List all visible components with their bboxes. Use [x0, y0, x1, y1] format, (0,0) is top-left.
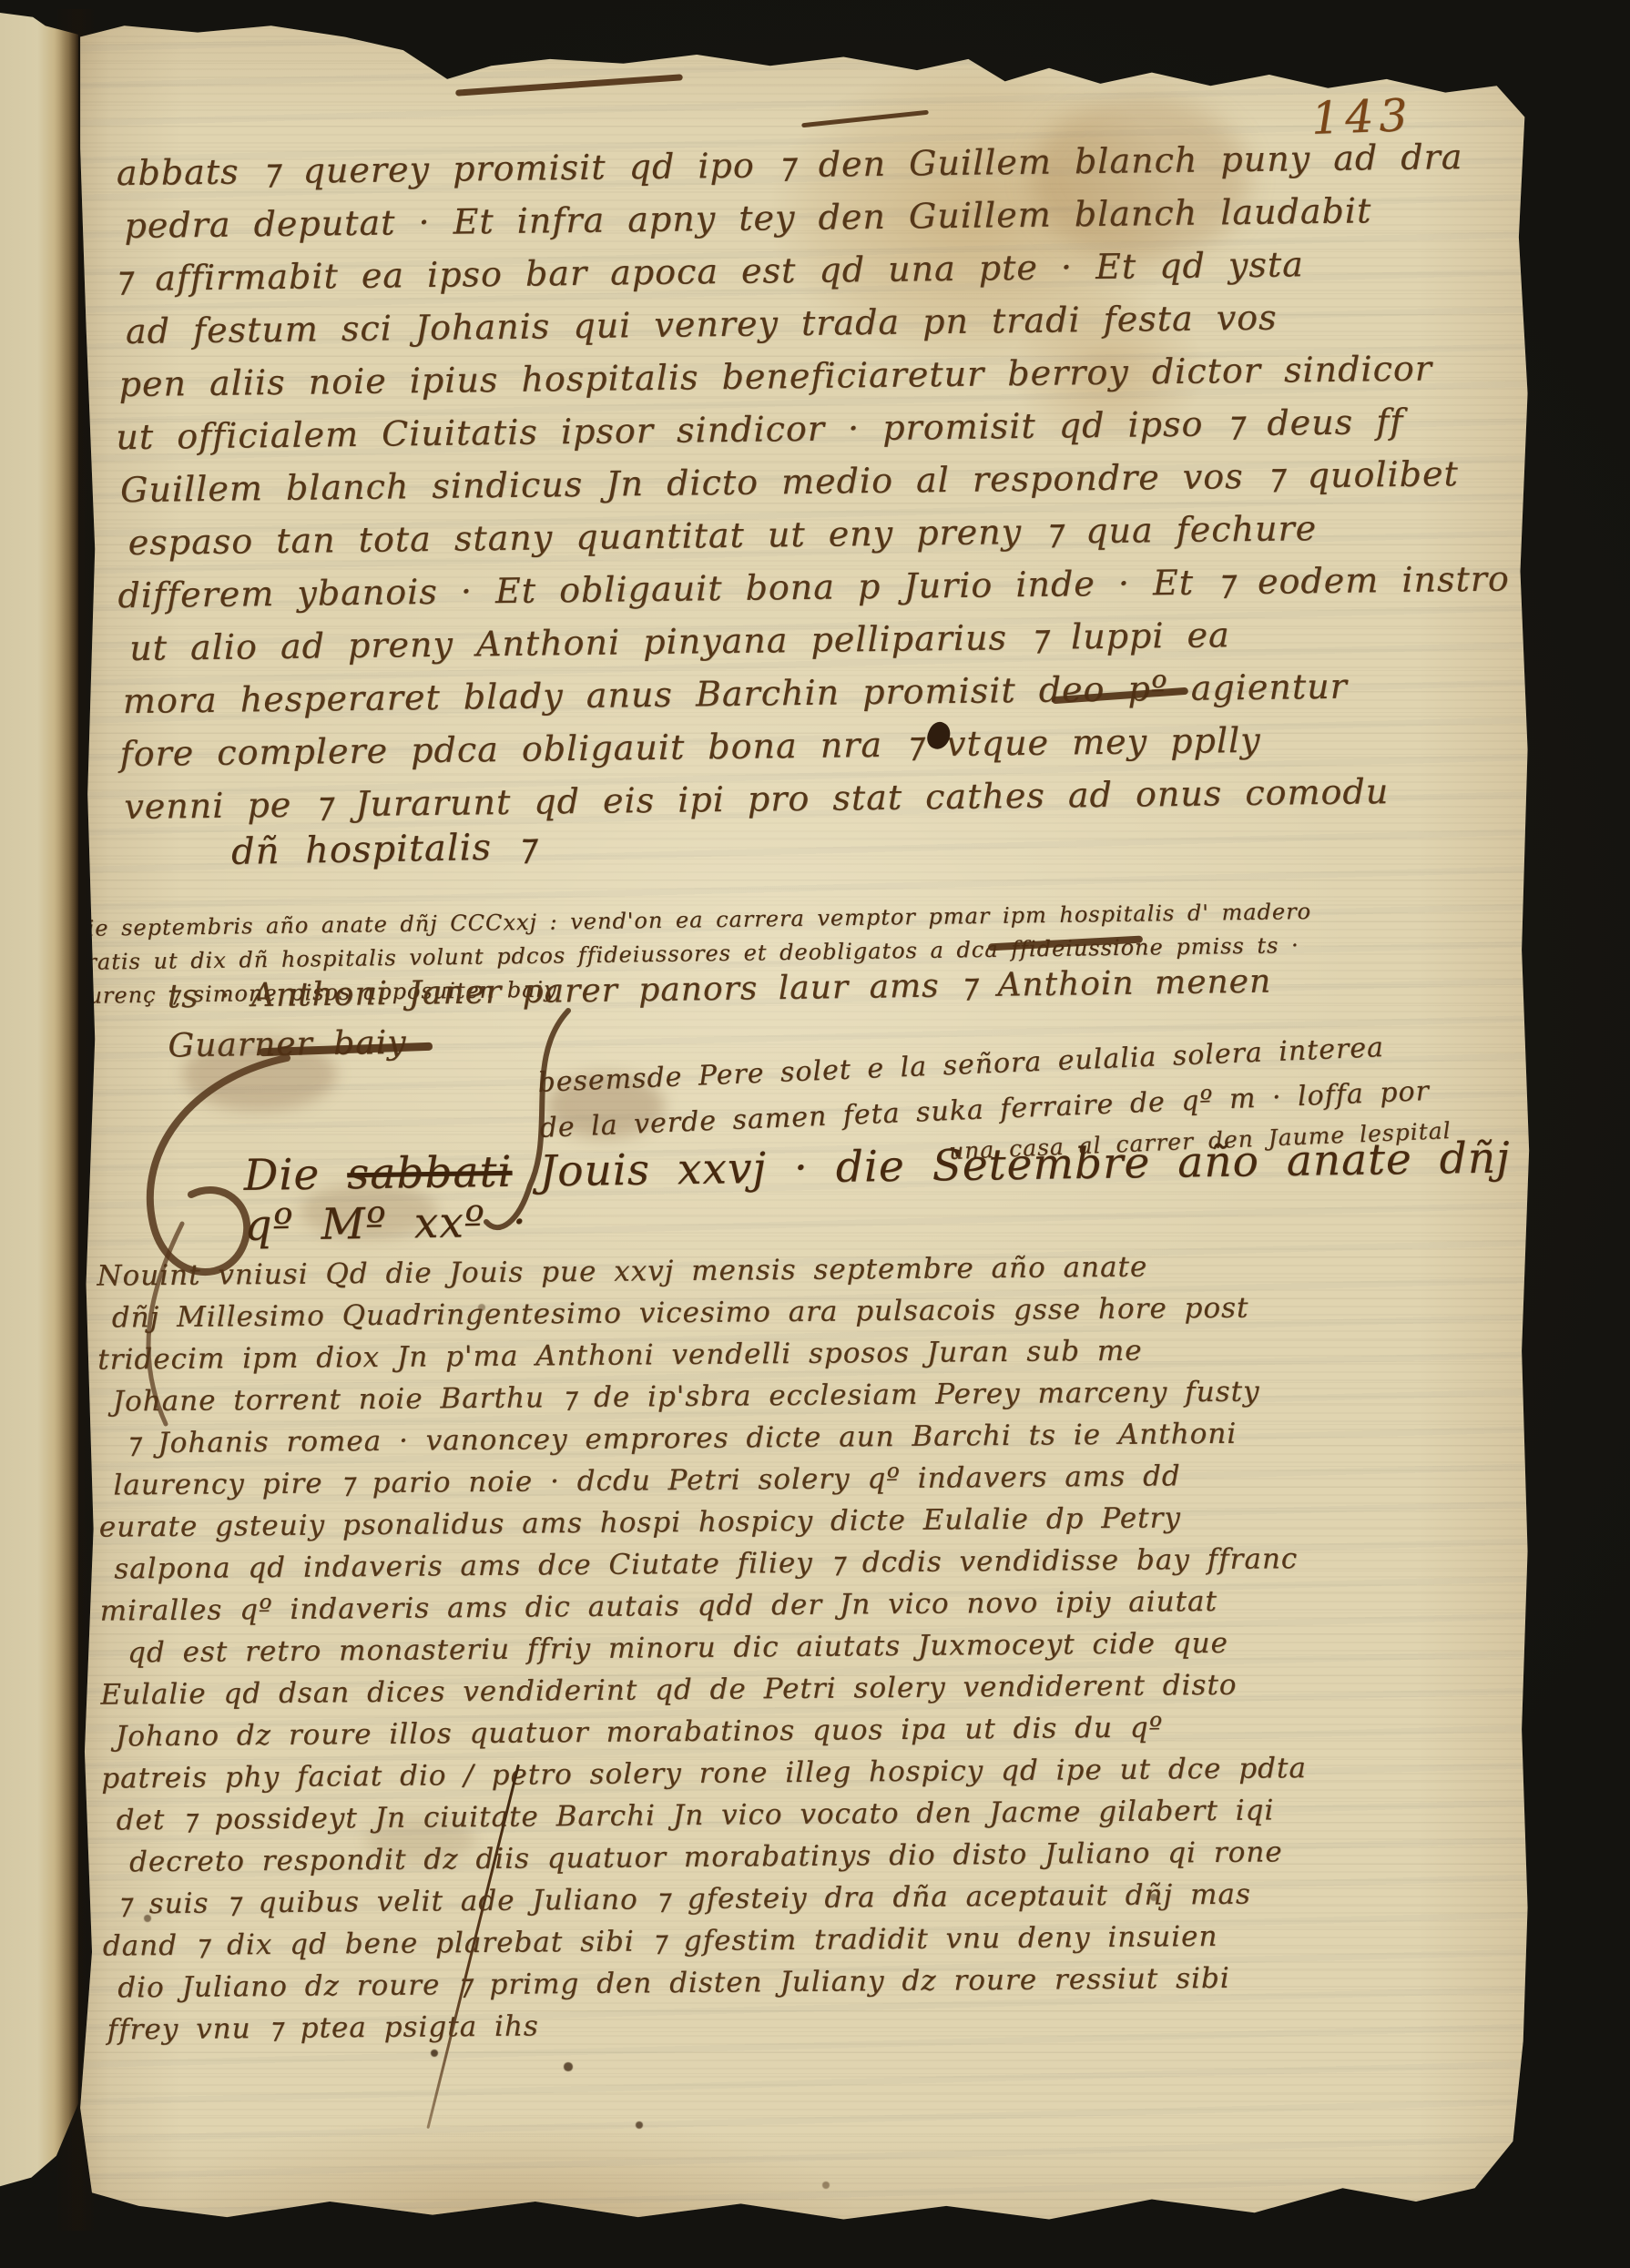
second-text-block: Nouint vniusi Qd die Jouis pue xxvj mens…: [97, 1243, 1488, 2050]
closing-line: dñ hospitalis ⁊: [231, 826, 536, 873]
heading-struck-word: sabbati: [347, 1147, 513, 1200]
flourish-dash: [455, 74, 683, 96]
manuscript-page: 143 abbats ⁊ querey promisit qd ipo ⁊ de…: [66, 15, 1533, 2242]
date-heading: Die sabbati Jouis xxvj · die Setembre añ…: [243, 1133, 1533, 1251]
main-text-block: abbats ⁊ querey promisit qd ipo ⁊ den Gu…: [116, 130, 1481, 833]
manuscript-scan: 143 abbats ⁊ querey promisit qd ipo ⁊ de…: [0, 0, 1630, 2268]
flourish-dash: [801, 110, 929, 128]
heading-word-die: Die: [243, 1150, 320, 1201]
